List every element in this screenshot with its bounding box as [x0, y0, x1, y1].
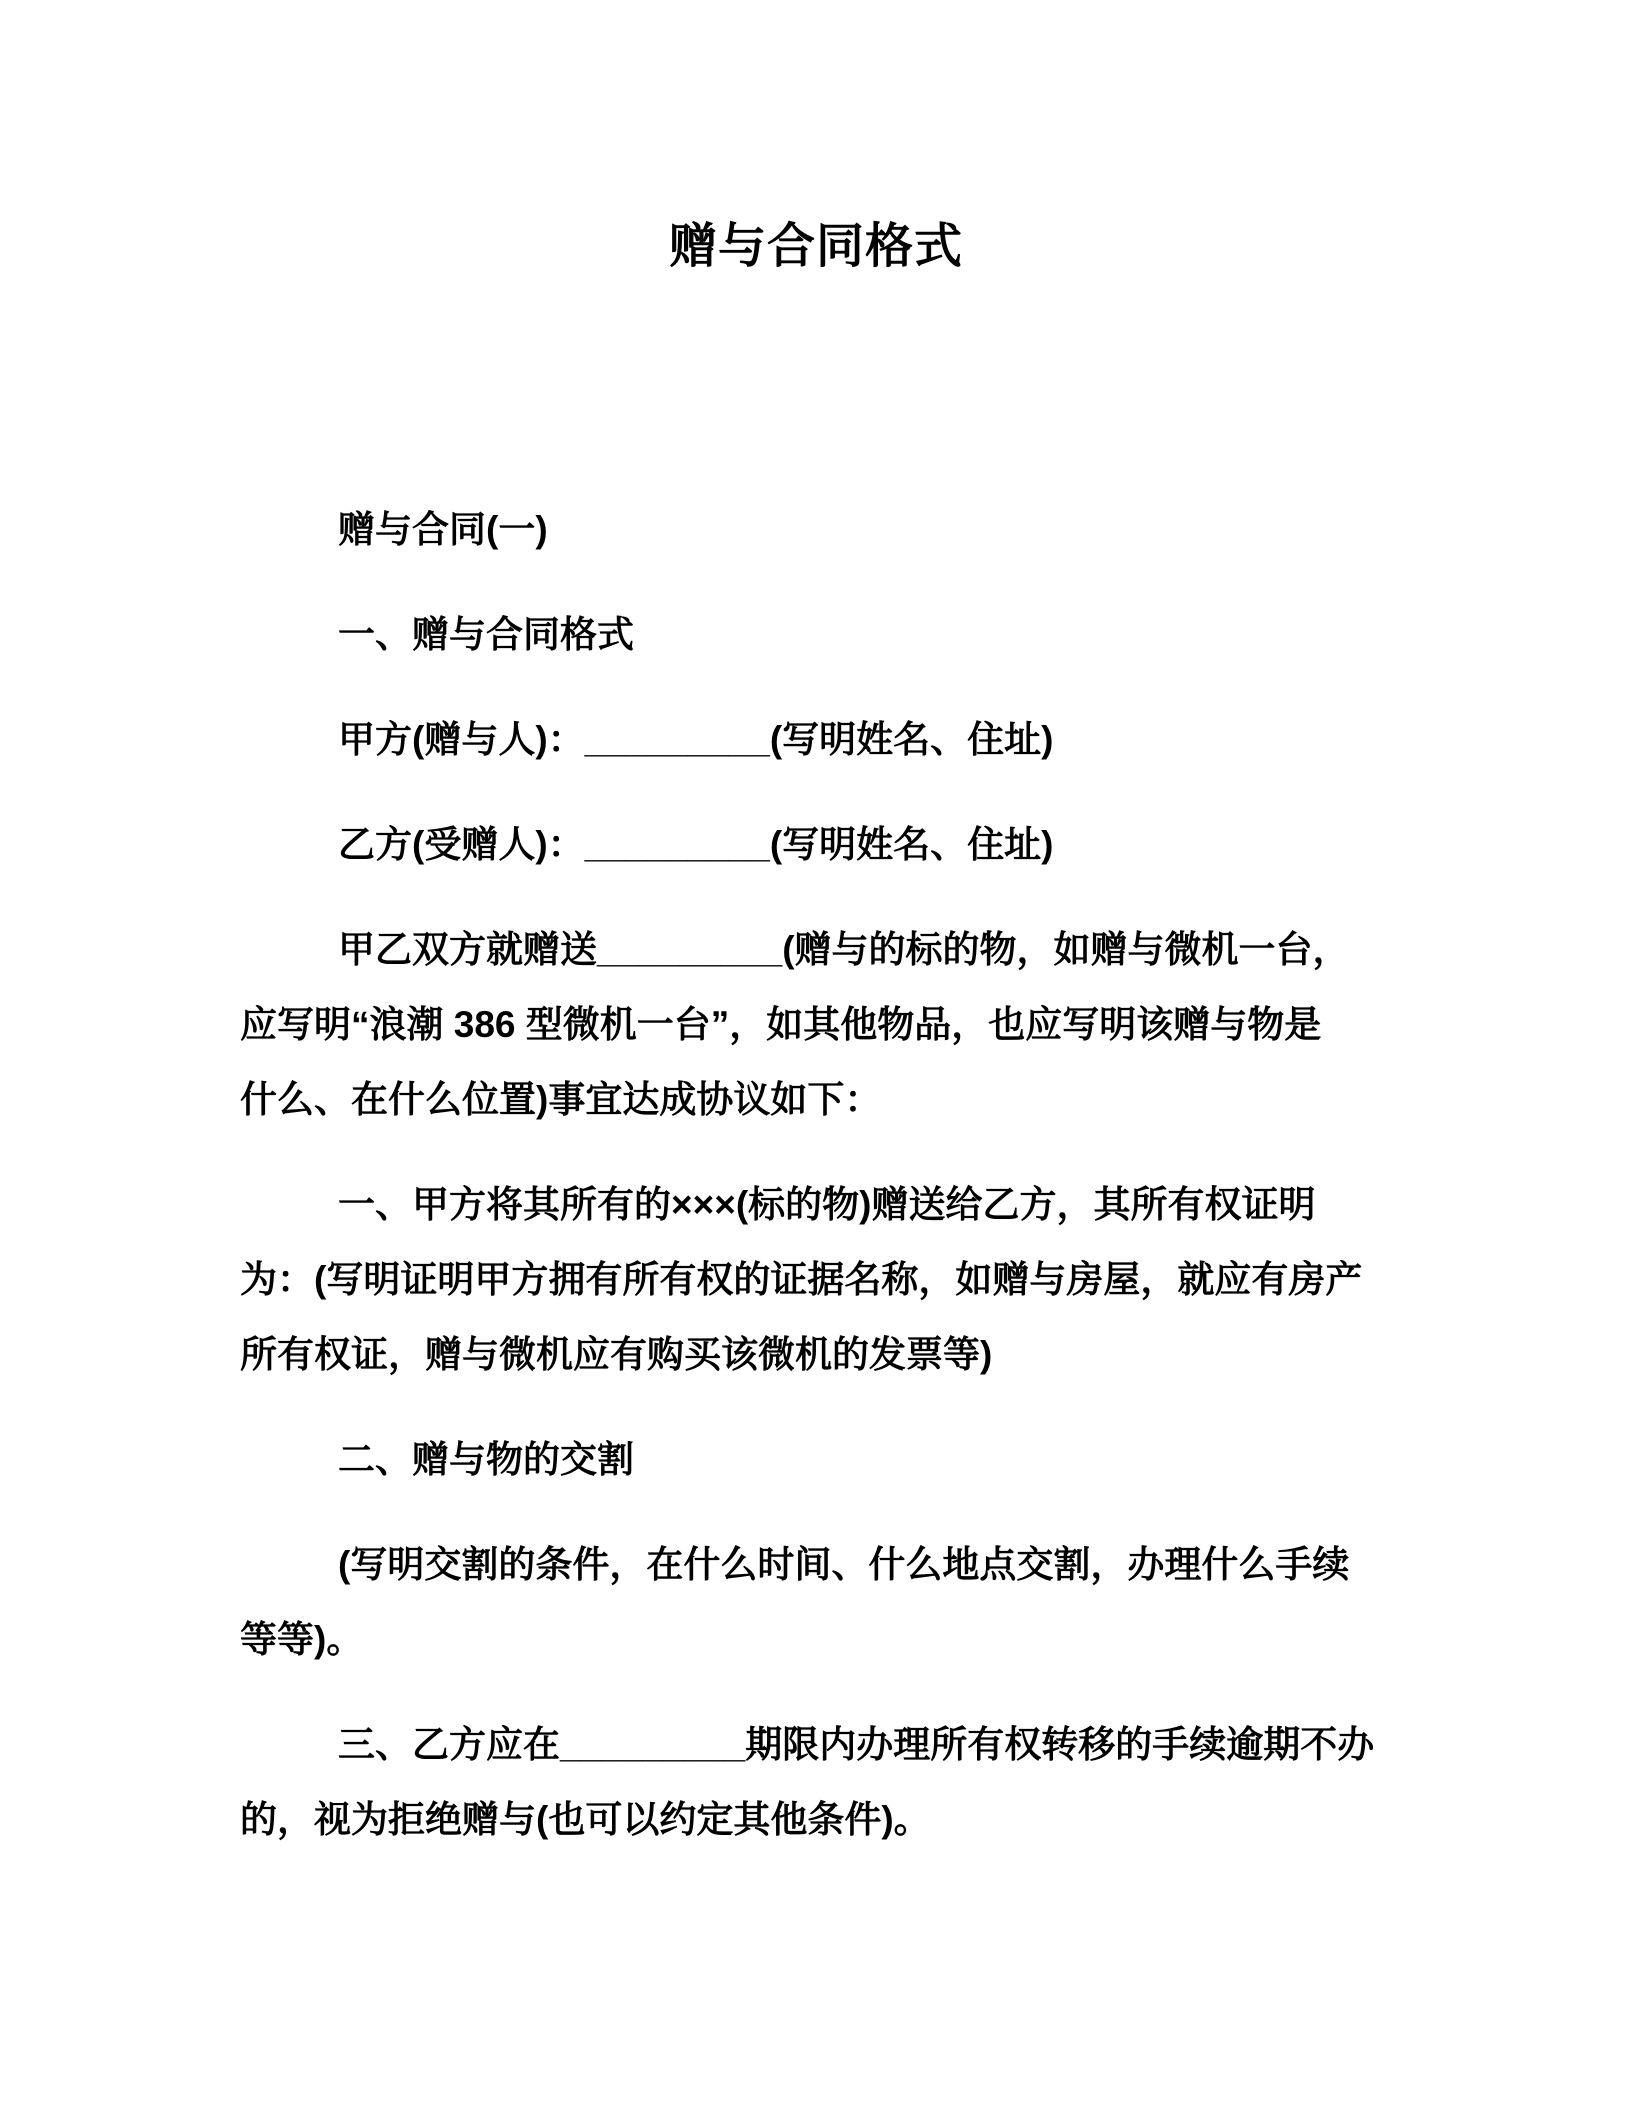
para-party-b: 乙方(受赠人)：_________(写明姓名、住址) [240, 807, 1400, 882]
para-subtitle: 赠与合同(一) [240, 492, 1400, 567]
para-party-a: 甲方(赠与人)：_________(写明姓名、住址) [240, 702, 1400, 777]
document-body: 赠与合同(一) 一、赠与合同格式 甲方(赠与人)：_________(写明姓名、… [240, 492, 1400, 1887]
document-title: 赠与合同格式 [0, 212, 1632, 282]
para-clause-3: 三、乙方应在_________期限内办理所有权转移的手续逾期不办 的，视为拒绝赠… [240, 1707, 1400, 1857]
contract-document-page: 赠与合同格式 赠与合同(一) 一、赠与合同格式 甲方(赠与人)：________… [0, 0, 1632, 2112]
para-section-1-heading: 一、赠与合同格式 [240, 597, 1400, 672]
para-clause-2-heading: 二、赠与物的交割 [240, 1422, 1400, 1497]
para-clause-2-note: (写明交割的条件，在什么时间、什么地点交割，办理什么手续 等等)。 [240, 1527, 1400, 1677]
para-clause-1: 一、甲方将其所有的×××(标的物)赠送给乙方，其所有权证明 为：(写明证明甲方拥… [240, 1167, 1400, 1392]
para-gift-description: 甲乙双方就赠送_________(赠与的标的物，如赠与微机一台， 应写明“浪潮 … [240, 912, 1400, 1137]
